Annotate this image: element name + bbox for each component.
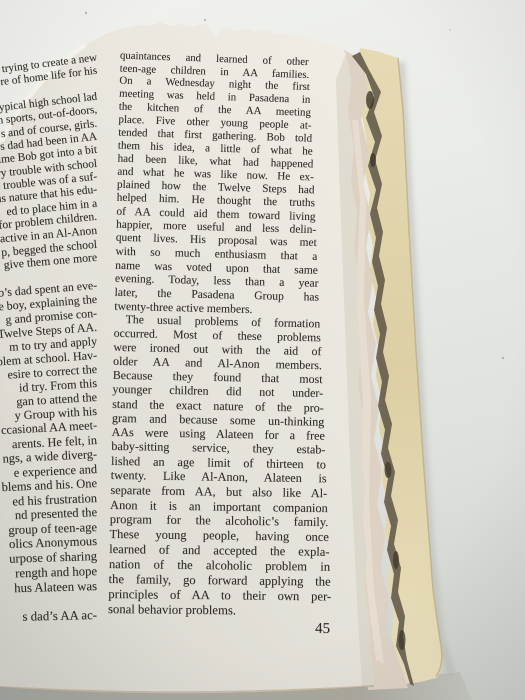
- text-line: s dad’s AA ac-: [0, 608, 97, 628]
- text-line: sonal behavior problems.: [108, 602, 332, 619]
- page-number: 45: [126, 619, 330, 638]
- left-text-column: trying to create a newere of home life f…: [0, 0, 97, 700]
- text-line: hus Alateen was: [0, 579, 97, 600]
- photo-of-book-page: trying to create a newere of home life f…: [0, 0, 525, 700]
- right-text-column: quaintances and learned of otherteen-age…: [120, 0, 342, 700]
